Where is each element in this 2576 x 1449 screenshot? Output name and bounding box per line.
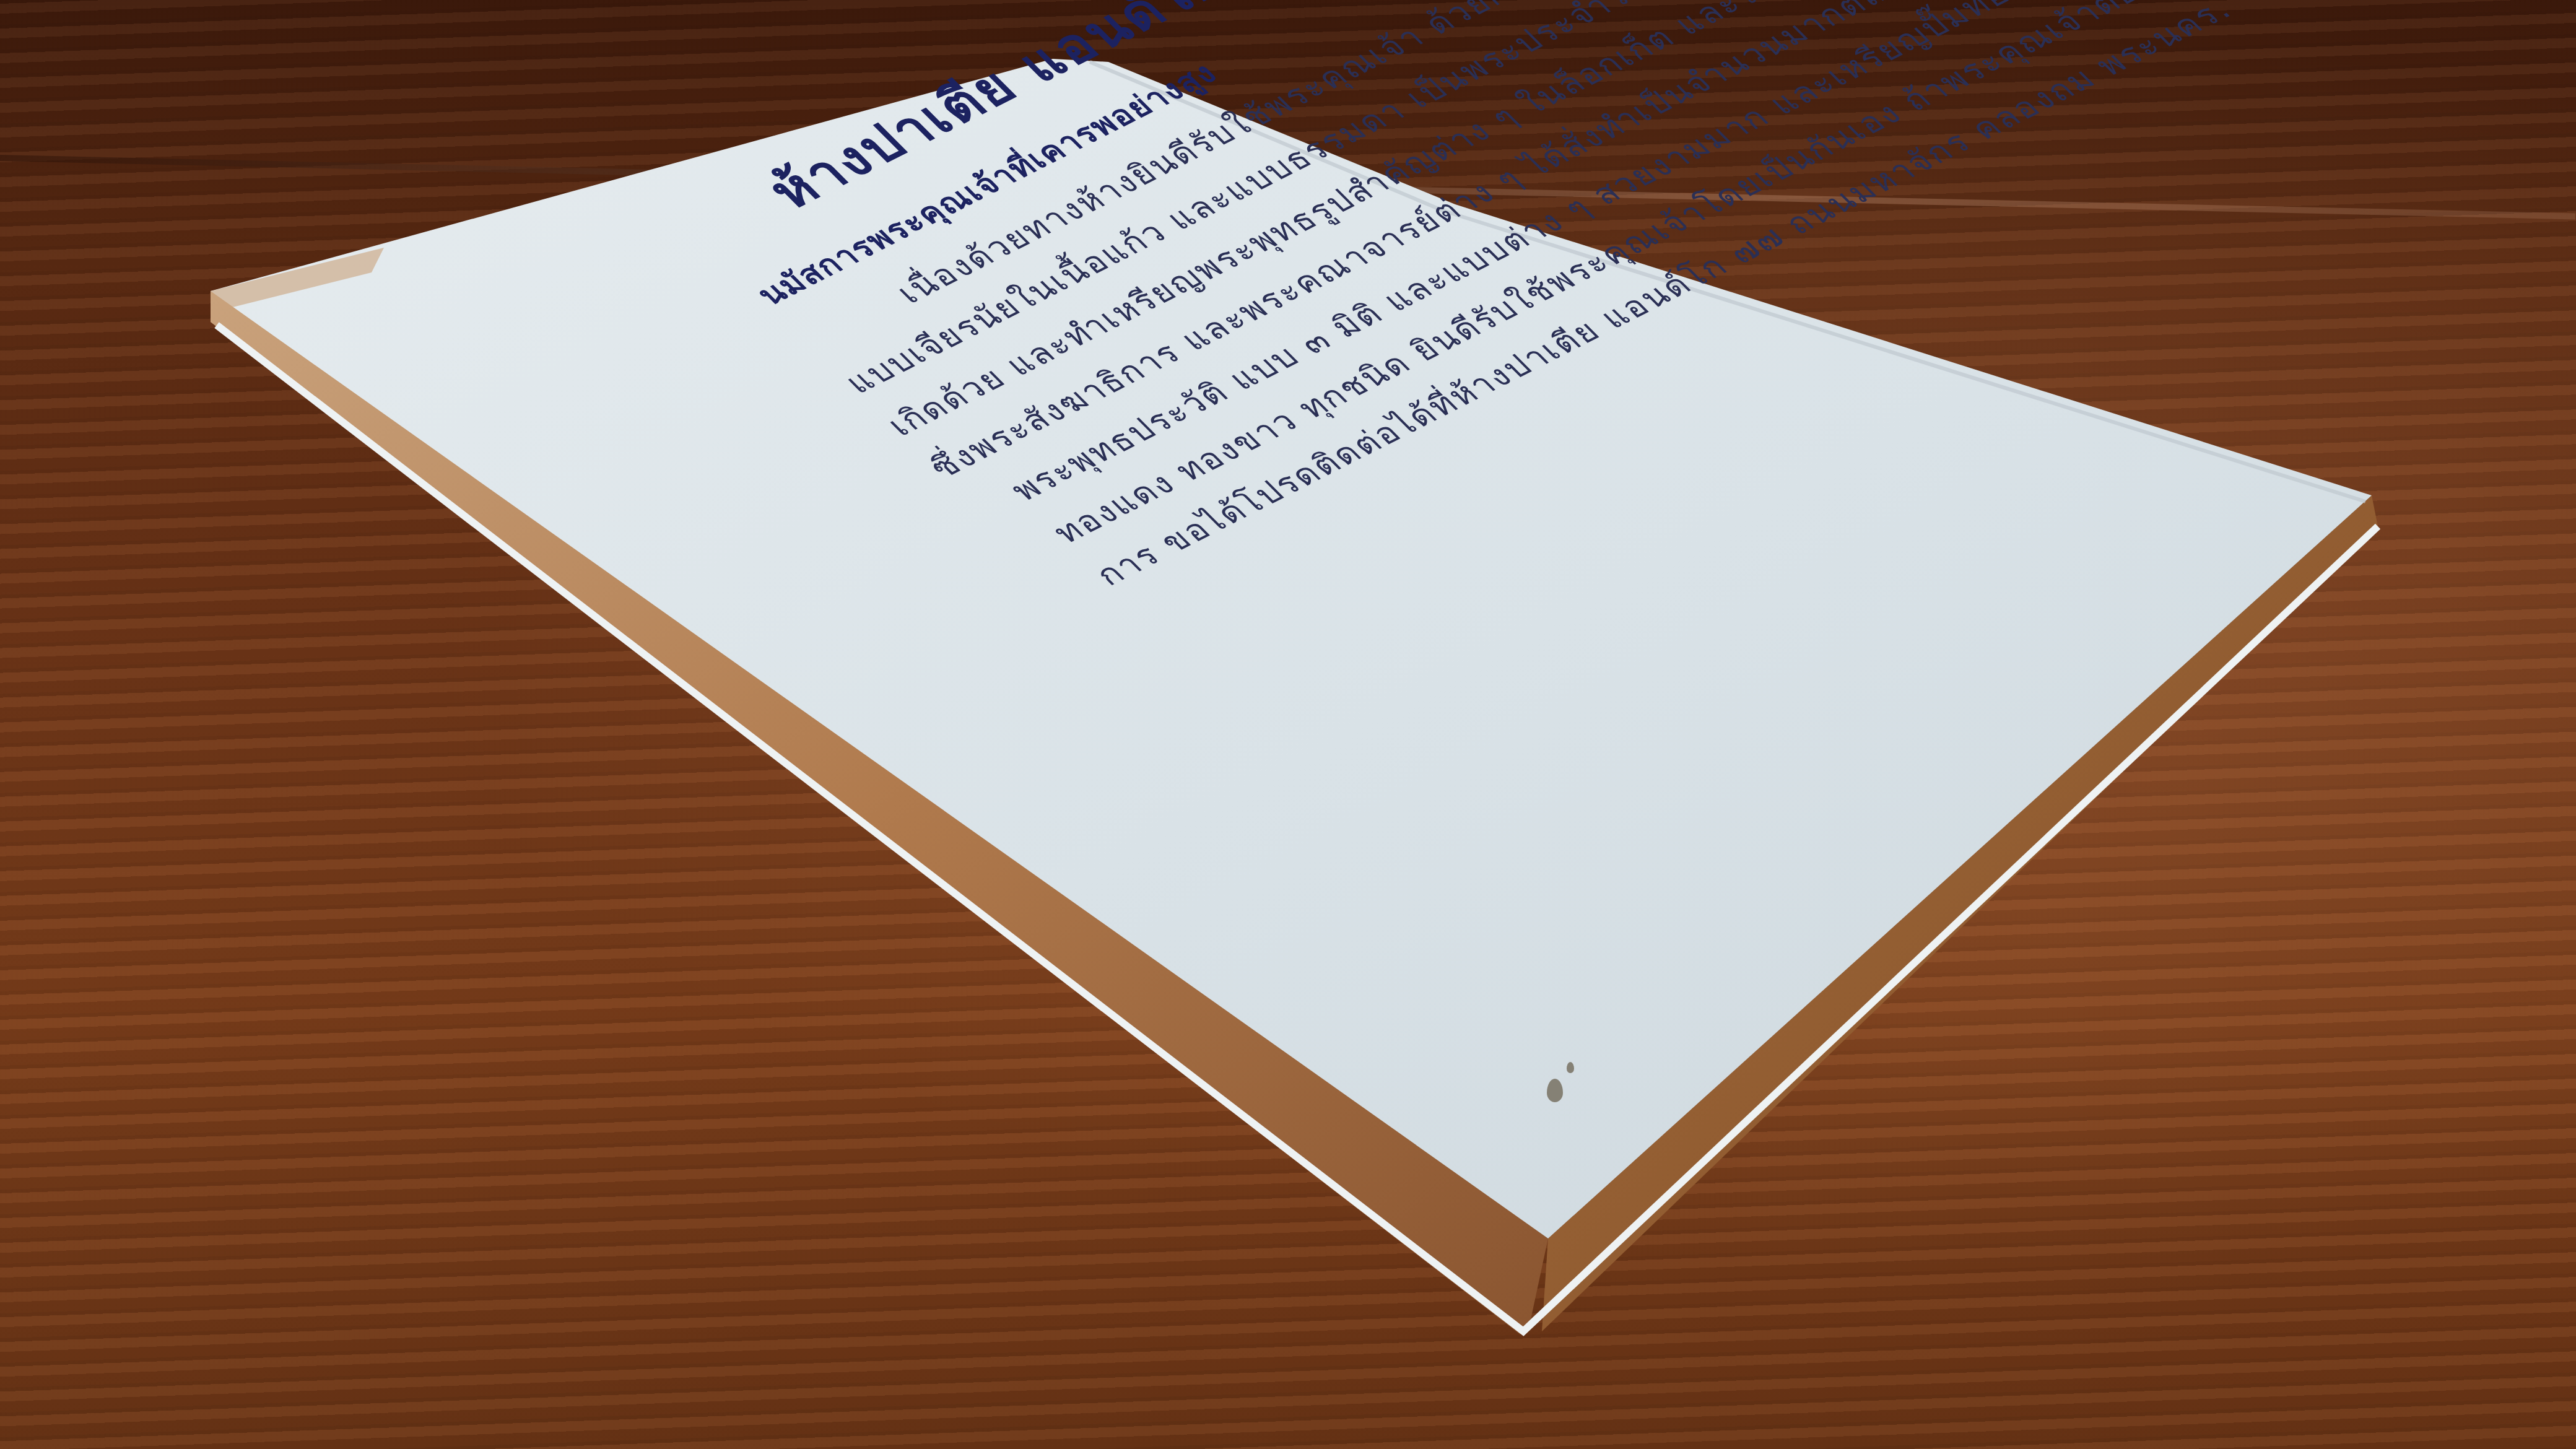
cover-stain	[1547, 1079, 1563, 1102]
cover-stain	[1567, 1062, 1574, 1073]
